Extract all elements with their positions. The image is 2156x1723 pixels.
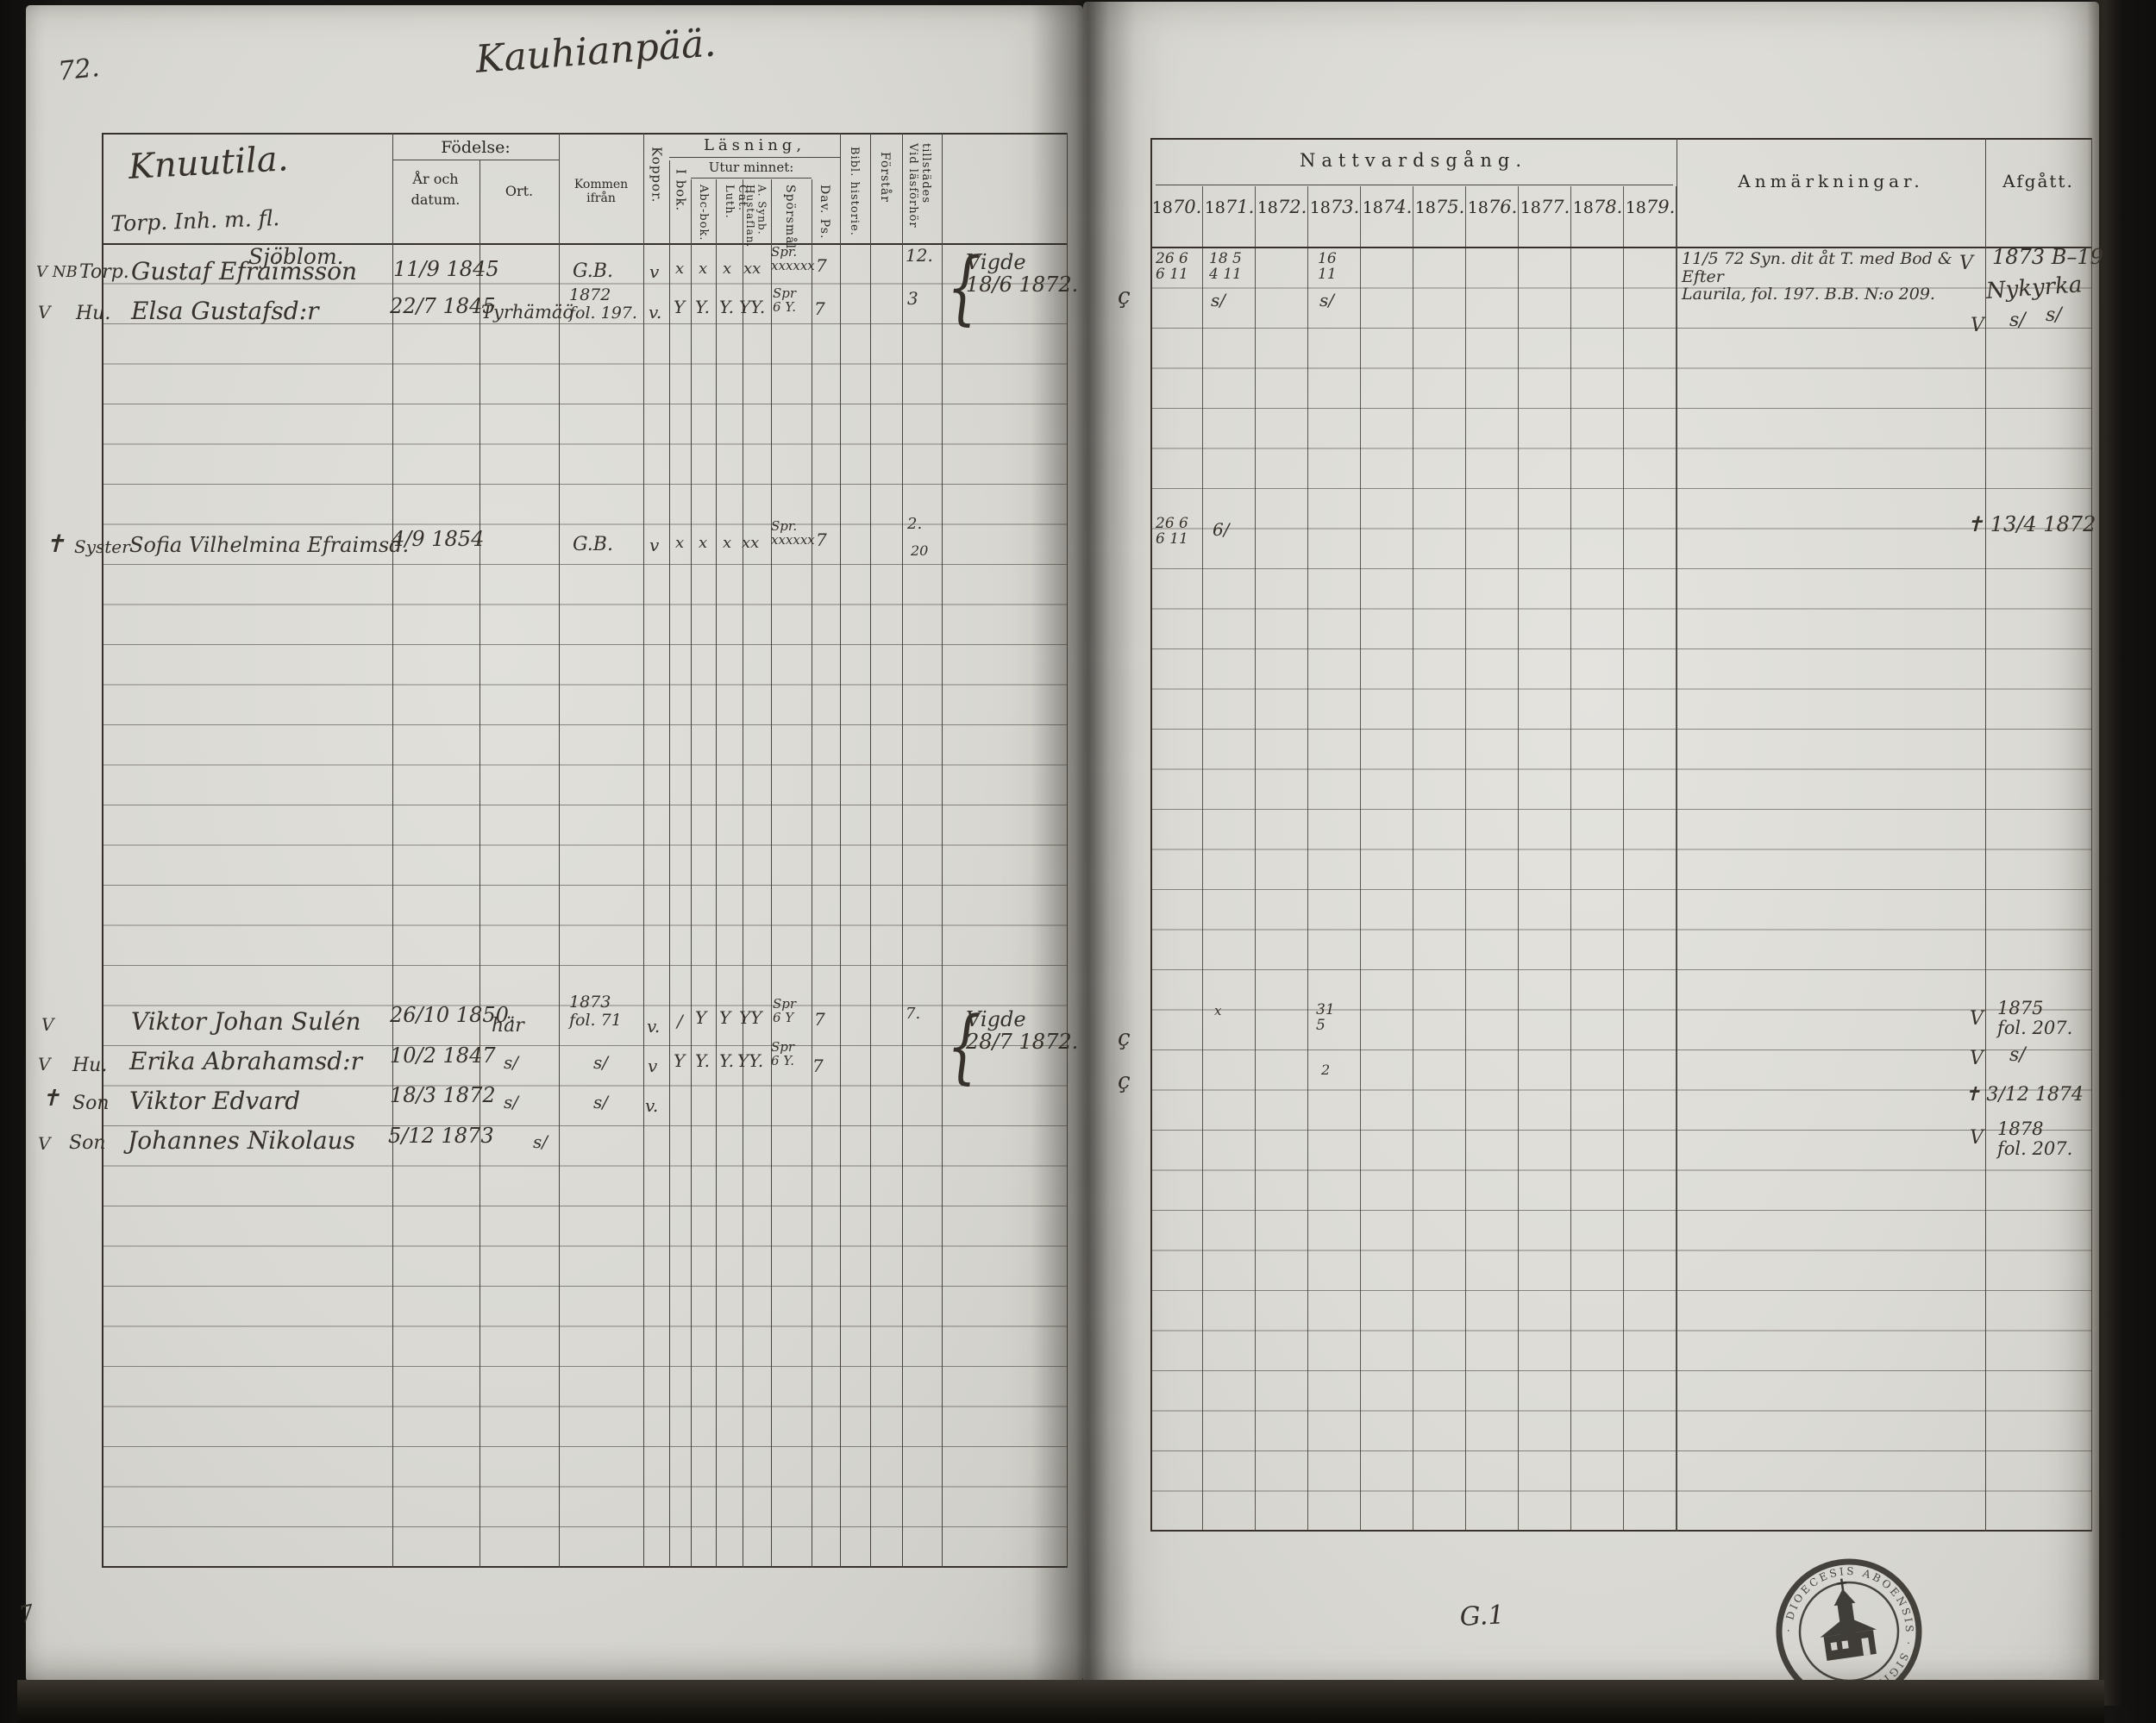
header-koppor: Koppor. (649, 147, 663, 241)
year-label: 1870. (1150, 197, 1203, 240)
header-kommen-ifran: Kommen ifrån (560, 178, 642, 205)
column-line (716, 179, 717, 1568)
header-abc-bok: Abc-bok. (696, 185, 709, 241)
column-line (870, 133, 871, 1568)
header-nattvardsgang: Nattvardsgång. (1150, 150, 1677, 171)
year-label: 1875. (1413, 197, 1466, 240)
column-line (1067, 133, 1068, 1568)
scanned-parish-register: Födelse: År och datum. Ort. Kommen ifrån… (0, 0, 2156, 1723)
year-label: 1879. (1624, 197, 1677, 240)
table-rule (1156, 185, 1673, 185)
header-afgatt: Afgått. (1985, 171, 2091, 191)
header-sporsmal: Spörsmål. (783, 185, 797, 241)
row-lines (1150, 248, 2091, 1532)
column-line (691, 179, 692, 1568)
column-line (771, 179, 772, 1568)
column-line (743, 179, 743, 1568)
year-label: 1871. (1203, 197, 1256, 240)
header-fodelse: Födelse: (392, 138, 559, 157)
page-edge (2087, 0, 2128, 1706)
header-dav-ps: Dav. Ps. (818, 185, 831, 241)
row-lines (102, 244, 1067, 1567)
table-rule (1150, 138, 2091, 140)
table-rule (669, 157, 840, 158)
header-utur-minnet: Utur minnet: (691, 160, 812, 175)
year-header-row: 1870.1871.1872.1873.1874.1875.1876.1877.… (1150, 197, 1677, 240)
column-line (1677, 138, 1677, 1532)
year-label: 1874. (1361, 197, 1413, 240)
book-bottom-edge (17, 1680, 2104, 1723)
column-line (669, 160, 670, 1568)
column-line (392, 133, 393, 1568)
column-line (479, 160, 480, 1568)
column-line (840, 133, 841, 1568)
column-line (559, 133, 560, 1568)
header-forstar: Förstår (878, 152, 892, 241)
table-rule (392, 160, 559, 160)
column-line (942, 133, 943, 1568)
year-label: 1877. (1519, 197, 1571, 240)
year-label: 1872. (1256, 197, 1308, 240)
year-label: 1873. (1308, 197, 1361, 240)
column-line (1150, 138, 1152, 1532)
table-rule (691, 178, 812, 179)
year-label: 1876. (1466, 197, 1519, 240)
year-label: 1878. (1571, 197, 1624, 240)
table-rule (102, 133, 1067, 135)
header-lasning: Läsning, (669, 136, 840, 154)
header-anmarkningar: Anmärkningar. (1677, 171, 1985, 191)
column-line (643, 133, 644, 1568)
header-vid-lasforhor: Vid läsförhör tillstädes (906, 143, 931, 243)
header-hustaflan: Hustaflan. A. Synb. (743, 185, 768, 243)
column-line (812, 179, 812, 1568)
header-ort: Ort. (479, 183, 559, 199)
header-bibl-historie: Bibl. historie. (847, 147, 860, 241)
column-line (902, 133, 903, 1568)
column-line (1985, 138, 1986, 1532)
header-i-bok: I bok. (673, 169, 687, 241)
column-line (102, 133, 103, 1568)
header-ar-och-datum: År och datum. (394, 169, 477, 210)
